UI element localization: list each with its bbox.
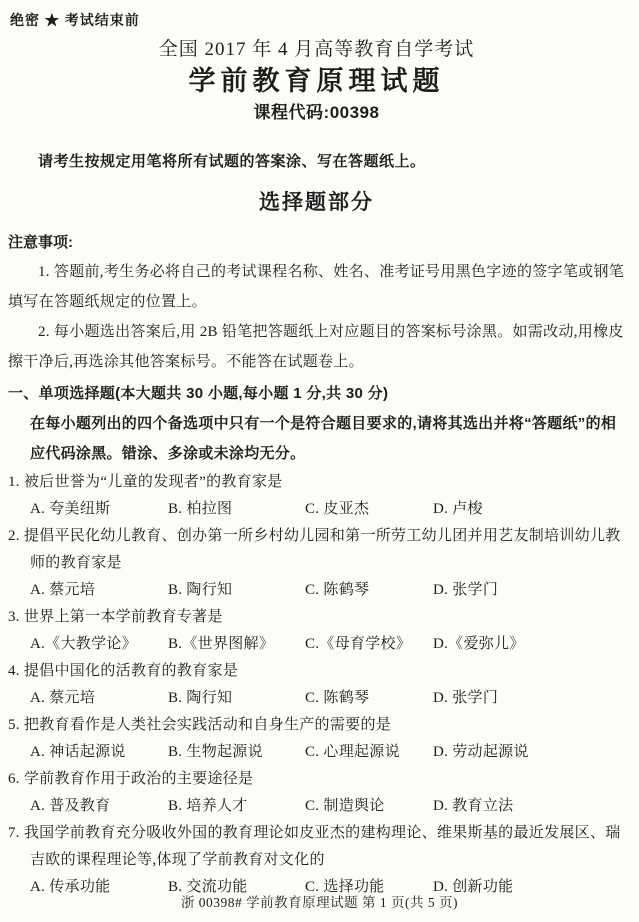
- question-item-5: 5.把教育看作是人类社会实践活动和自身生产的需要的是 A. 神话起源说 B. 生…: [8, 712, 625, 766]
- option-d: D. 卢梭: [433, 496, 625, 523]
- option-b: B. 柏拉图: [168, 496, 305, 523]
- option-c: C. 陈鹤琴: [305, 685, 433, 712]
- question-text: 学前教育作用于政治的主要途径是: [24, 771, 254, 787]
- answer-instruction: 请考生按规定用笔将所有试题的答案涂、写在答题纸上。: [8, 151, 625, 172]
- exam-paper-page: 绝密 ★ 考试结束前 全国 2017 年 4 月高等教育自学考试 学前教育原理试…: [0, 0, 639, 922]
- option-d: D. 教育立法: [433, 793, 625, 820]
- question-item-3: 3.世界上第一本学前教育专著是 A.《大教学论》 B.《世界图解》 C.《母育学…: [8, 604, 625, 658]
- section-heading: 一、单项选择题(本大题共 30 小题,每小题 1 分,共 30 分): [8, 379, 625, 409]
- question-item-4: 4.提倡中国化的活教育的教育家是 A. 蔡元培 B. 陶行知 C. 陈鹤琴 D.…: [8, 658, 625, 712]
- paper-title: 学前教育原理试题: [8, 62, 625, 100]
- option-b: B. 陶行知: [168, 577, 305, 604]
- part-heading: 选择题部分: [8, 187, 625, 218]
- classification-banner: 绝密 ★ 考试结束前: [10, 10, 140, 30]
- option-d: D.《爱弥儿》: [433, 631, 625, 658]
- question-item-2: 2.提倡平民化幼儿教育、创办第一所乡村幼儿园和第一所劳工幼儿团并用艺友制培训幼儿…: [8, 523, 625, 604]
- option-d: D. 张学门: [433, 685, 625, 712]
- question-stem: 1.被后世誉为“儿童的发现者”的教育家是: [8, 469, 625, 496]
- option-a: A.《大教学论》: [30, 631, 168, 658]
- option-d: D. 劳动起源说: [433, 739, 625, 766]
- question-stem: 6.学前教育作用于政治的主要途径是: [8, 766, 625, 793]
- note-item-1: 1. 答题前,考生务必将自己的考试课程名称、姓名、准考证号用黑色字迹的签字笔或钢…: [8, 257, 625, 317]
- page-footer: 浙 00398# 学前教育原理试题 第 1 页(共 5 页): [0, 891, 639, 911]
- question-options: A. 神话起源说 B. 生物起源说 C. 心理起源说 D. 劳动起源说: [30, 739, 625, 766]
- page-content: 全国 2017 年 4 月高等教育自学考试 学前教育原理试题 课程代码:0039…: [0, 0, 639, 901]
- note-item-2: 2. 每小题选出答案后,用 2B 铅笔把答题纸上对应题目的答案标号涂黑。如需改动…: [8, 317, 625, 377]
- option-a: A. 普及教育: [30, 793, 168, 820]
- question-stem: 2.提倡平民化幼儿教育、创办第一所乡村幼儿园和第一所劳工幼儿团并用艺友制培训幼儿…: [8, 523, 625, 577]
- question-options: A. 普及教育 B. 培养人才 C. 制造舆论 D. 教育立法: [30, 793, 625, 820]
- option-b: B. 培养人才: [168, 793, 305, 820]
- question-text: 把教育看作是人类社会实践活动和自身生产的需要的是: [24, 717, 391, 733]
- section-intro: 在每小题列出的四个备选项中只有一个是符合题目要求的,请将其选出并将“答题纸”的相…: [30, 409, 625, 469]
- course-code: 课程代码:00398: [8, 100, 625, 126]
- question-options: A. 夸美纽斯 B. 柏拉图 C. 皮亚杰 D. 卢梭: [30, 496, 625, 523]
- question-text: 提倡平民化幼儿教育、创办第一所乡村幼儿园和第一所劳工幼儿团并用艺友制培训幼儿教师…: [24, 528, 621, 571]
- notes-heading: 注意事项:: [8, 229, 625, 257]
- option-c: C. 皮亚杰: [305, 496, 433, 523]
- question-text: 我国学前教育充分吸收外国的教育理论如皮亚杰的建构理论、维果斯基的最近发展区、瑞吉…: [24, 825, 621, 868]
- question-item-7: 7.我国学前教育充分吸收外国的教育理论如皮亚杰的建构理论、维果斯基的最近发展区、…: [8, 820, 625, 901]
- question-item-1: 1.被后世誉为“儿童的发现者”的教育家是 A. 夸美纽斯 B. 柏拉图 C. 皮…: [8, 469, 625, 523]
- question-text: 提倡中国化的活教育的教育家是: [24, 663, 238, 679]
- option-c: C.《母育学校》: [305, 631, 433, 658]
- option-b: B. 生物起源说: [168, 739, 305, 766]
- option-d: D. 张学门: [433, 577, 625, 604]
- question-text: 世界上第一本学前教育专著是: [24, 609, 223, 625]
- option-c: C. 制造舆论: [305, 793, 433, 820]
- question-number: 4.: [8, 663, 20, 679]
- question-item-6: 6.学前教育作用于政治的主要途径是 A. 普及教育 B. 培养人才 C. 制造舆…: [8, 766, 625, 820]
- option-c: C. 心理起源说: [305, 739, 433, 766]
- question-stem: 7.我国学前教育充分吸收外国的教育理论如皮亚杰的建构理论、维果斯基的最近发展区、…: [8, 820, 625, 874]
- question-options: A. 蔡元培 B. 陶行知 C. 陈鹤琴 D. 张学门: [30, 685, 625, 712]
- question-number: 1.: [8, 474, 20, 490]
- question-stem: 5.把教育看作是人类社会实践活动和自身生产的需要的是: [8, 712, 625, 739]
- question-text: 被后世誉为“儿童的发现者”的教育家是: [24, 474, 283, 490]
- option-b: B.《世界图解》: [168, 631, 305, 658]
- question-number: 6.: [8, 771, 20, 787]
- option-a: A. 神话起源说: [30, 739, 168, 766]
- option-a: A. 蔡元培: [30, 685, 168, 712]
- question-options: A.《大教学论》 B.《世界图解》 C.《母育学校》 D.《爱弥儿》: [30, 631, 625, 658]
- question-options: A. 蔡元培 B. 陶行知 C. 陈鹤琴 D. 张学门: [30, 577, 625, 604]
- option-c: C. 陈鹤琴: [305, 577, 433, 604]
- option-a: A. 夸美纽斯: [30, 496, 168, 523]
- option-b: B. 陶行知: [168, 685, 305, 712]
- question-number: 2.: [8, 528, 20, 544]
- question-stem: 3.世界上第一本学前教育专著是: [8, 604, 625, 631]
- question-number: 5.: [8, 717, 20, 733]
- question-number: 7.: [8, 825, 20, 841]
- option-a: A. 蔡元培: [30, 577, 168, 604]
- question-number: 3.: [8, 609, 20, 625]
- question-stem: 4.提倡中国化的活教育的教育家是: [8, 658, 625, 685]
